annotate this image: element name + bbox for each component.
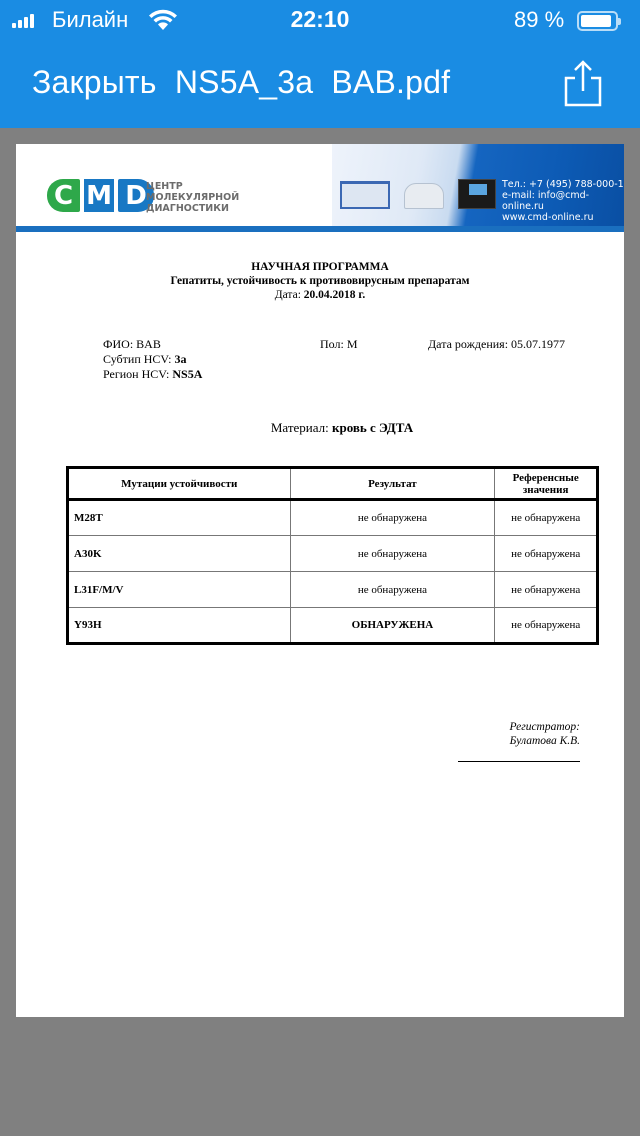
- close-button[interactable]: Закрыть: [32, 64, 157, 100]
- table-row: M28T не обнаружена не обнаружена: [68, 500, 598, 536]
- results-table: Мутации устойчивости Результат Референсн…: [66, 466, 599, 645]
- name-label: ФИО:: [103, 337, 133, 351]
- mutation-cell: Y93H: [68, 608, 291, 644]
- table-row: L31F/M/V не обнаружена не обнаружена: [68, 572, 598, 608]
- subtype-label: Субтип HCV:: [103, 352, 172, 366]
- report-date: Дата: 20.04.2018 г.: [16, 288, 624, 302]
- hcv-region: Регион HCV: NS5A: [103, 367, 202, 382]
- logo-letter-m: M: [84, 179, 114, 212]
- org-name-line: МОЛЕКУЛЯРНОЙ: [146, 192, 239, 203]
- status-bar: Билайн 22:10 89 %: [0, 0, 640, 42]
- program-subtitle: Гепатиты, устойчивость к противовирусным…: [16, 274, 624, 288]
- dob-value: 05.07.1977: [511, 337, 565, 351]
- result-cell: не обнаружена: [290, 500, 495, 536]
- header-mutations: Мутации устойчивости: [68, 468, 291, 500]
- banner-image: Тел.: +7 (495) 788-000-1 e-mail: info@cm…: [332, 144, 624, 226]
- top-bar: Билайн 22:10 89 % Закрыть NS5A_3a BAB.pd…: [0, 0, 640, 128]
- lab-equipment-image: [340, 179, 496, 209]
- material-value: кровь с ЭДТА: [332, 420, 413, 435]
- patient-dob: Дата рождения: 05.07.1977: [428, 337, 565, 352]
- reference-cell: не обнаружена: [495, 536, 598, 572]
- thermocycler-icon: [404, 183, 444, 209]
- material: Материал: кровь с ЭДТА: [16, 420, 640, 436]
- reference-cell: не обнаружена: [495, 572, 598, 608]
- name-value: BAB: [136, 337, 161, 351]
- table-row: Y93H ОБНАРУЖЕНА не обнаружена: [68, 608, 598, 644]
- material-label: Материал:: [271, 420, 329, 435]
- share-icon[interactable]: [562, 60, 604, 108]
- contact-email: e-mail: info@cmd-online.ru: [502, 190, 624, 212]
- patient-sex: Пол: М: [320, 337, 358, 352]
- result-cell: не обнаружена: [290, 536, 495, 572]
- letterhead-banner: C M D ЦЕНТР МОЛЕКУЛЯРНОЙ ДИАГНОСТИКИ Тел…: [16, 144, 624, 232]
- hcv-subtype: Субтип HCV: 3a: [103, 352, 202, 367]
- pdf-page[interactable]: C M D ЦЕНТР МОЛЕКУЛЯРНОЙ ДИАГНОСТИКИ Тел…: [16, 144, 624, 1017]
- header-result: Результат: [290, 468, 495, 500]
- cmd-logo: C M D: [47, 179, 154, 212]
- subtype-value: 3a: [175, 352, 187, 366]
- table-header-row: Мутации устойчивости Результат Референсн…: [68, 468, 598, 500]
- dob-label: Дата рождения:: [428, 337, 508, 351]
- registrar: Регистратор: Булатова К.В.: [510, 720, 581, 748]
- document-header: НАУЧНАЯ ПРОГРАММА Гепатиты, устойчивость…: [16, 260, 624, 302]
- org-name-line: ЦЕНТР: [146, 181, 239, 192]
- program-title: НАУЧНАЯ ПРОГРАММА: [16, 260, 624, 274]
- region-value: NS5A: [172, 367, 202, 381]
- date-value: 20.04.2018 г.: [304, 289, 365, 301]
- signature-line: [458, 761, 580, 762]
- logo-letter-c: C: [47, 179, 80, 212]
- sequencer-icon: [458, 179, 496, 209]
- contact-website: www.cmd-online.ru: [502, 212, 624, 223]
- patient-name: ФИО: BAB: [103, 337, 202, 352]
- registrar-label: Регистратор:: [510, 720, 581, 734]
- liquid-handler-icon: [340, 181, 390, 209]
- document-title: NS5A_3a BAB.pdf: [175, 64, 450, 100]
- table-row: A30K не обнаружена не обнаружена: [68, 536, 598, 572]
- mutation-cell: M28T: [68, 500, 291, 536]
- header-reference: Референсные значения: [495, 468, 598, 500]
- date-label: Дата:: [275, 289, 301, 301]
- org-name-line: ДИАГНОСТИКИ: [146, 203, 239, 214]
- registrar-name: Булатова К.В.: [510, 734, 581, 748]
- banner-stripe: [16, 226, 624, 232]
- battery-percent: 89 %: [514, 7, 564, 33]
- region-label: Регион HCV:: [103, 367, 169, 381]
- mutation-cell: A30K: [68, 536, 291, 572]
- reference-cell: не обнаружена: [495, 500, 598, 536]
- org-name: ЦЕНТР МОЛЕКУЛЯРНОЙ ДИАГНОСТИКИ: [146, 181, 239, 214]
- contacts: Тел.: +7 (495) 788-000-1 e-mail: info@cm…: [502, 179, 624, 223]
- result-cell-detected: ОБНАРУЖЕНА: [290, 608, 495, 644]
- result-cell: не обнаружена: [290, 572, 495, 608]
- contact-phone: Тел.: +7 (495) 788-000-1: [502, 179, 624, 190]
- nav-title-row: Закрыть NS5A_3a BAB.pdf: [32, 64, 450, 101]
- sex-label: Пол:: [320, 337, 344, 351]
- mutation-cell: L31F/M/V: [68, 572, 291, 608]
- battery-icon: [577, 11, 618, 31]
- sex-value: М: [347, 337, 358, 351]
- reference-cell: не обнаружена: [495, 608, 598, 644]
- patient-info: ФИО: BAB Субтип HCV: 3a Регион HCV: NS5A: [103, 337, 202, 382]
